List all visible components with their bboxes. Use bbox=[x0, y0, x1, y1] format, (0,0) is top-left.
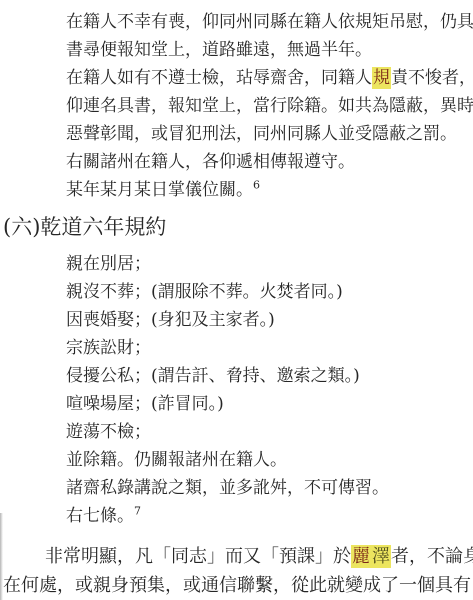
rule-item: 喧噪場屋；(詐冒同。) bbox=[66, 390, 473, 418]
paragraph-text: 在何處，或親身預集，或通信聯繫，從此就變成了一個具有 bbox=[3, 575, 471, 596]
scanned-document-page: 在籍人不幸有喪，仰同州同縣在籍人依規矩吊慰，仍具 書尋便報知堂上，道路雖遠，無過… bbox=[0, 8, 473, 600]
quote-line: 書尋便報知堂上，道路雖遠，無過半年。 bbox=[66, 36, 473, 64]
rule-item: 侵擾公私；(謂告訐、脅持、邀索之類。) bbox=[66, 362, 473, 390]
rule-text: 喧噪場屋；(詐冒同。) bbox=[66, 394, 224, 414]
rule-item: 宗族訟財； bbox=[66, 334, 473, 362]
rule-item: 並除籍。仍關報諸州在籍人。 bbox=[66, 446, 473, 474]
rule-item: 諸齋私錄講說之類，並多訛舛，不可傳習。 bbox=[66, 474, 473, 502]
quote-text: 仰連名具書，報知堂上，當行除籍。如共為隱蔽，異時 bbox=[66, 96, 473, 116]
rule-item: 親在別居； bbox=[66, 250, 473, 278]
quote-line: 右關諸州在籍人，各仰遞相傳報遵守。 bbox=[66, 148, 473, 176]
paragraph-line: 非常明顯，凡「同志」而又「預課」於麗澤者，不論身 bbox=[45, 542, 473, 571]
rule-text: 並除籍。仍關報諸州在籍人。 bbox=[66, 450, 287, 470]
footnote-marker-7: 7 bbox=[134, 504, 141, 517]
rule-item: 遊蕩不檢； bbox=[66, 418, 473, 446]
quote-text: 某年某月某日掌儀位關。 bbox=[66, 180, 253, 200]
rule-text: 因喪婚娶；(身犯及主家者。) bbox=[66, 310, 275, 330]
rule-item: 因喪婚娶；(身犯及主家者。) bbox=[66, 306, 473, 334]
search-highlight-gui: 規 bbox=[372, 67, 391, 89]
section-heading: (六)乾道六年規約 bbox=[3, 212, 473, 242]
rules-list: 親在別居； 親沒不葬；(謂服除不葬。火焚者同。) 因喪婚娶；(身犯及主家者。) … bbox=[66, 250, 473, 530]
rule-text: 侵擾公私；(謂告訐、脅持、邀索之類。) bbox=[66, 366, 360, 386]
rule-item: 親沒不葬；(謂服除不葬。火焚者同。) bbox=[66, 278, 473, 306]
quote-text: 在籍人如有不遵士檢，玷辱齋舍，同籍人 bbox=[66, 68, 372, 88]
quote-line: 某年某月某日掌儀位關。6 bbox=[66, 176, 473, 204]
paragraph-line: 在何處，或親身預集，或通信聯繫，從此就變成了一個具有 bbox=[3, 571, 473, 600]
rule-text: 親沒不葬；(謂服除不葬。火焚者同。) bbox=[66, 282, 343, 302]
quote-line: 在籍人如有不遵士檢，玷辱齋舍，同籍人規責不悛者， bbox=[66, 64, 473, 92]
rule-text: 諸齋私錄講說之類，並多訛舛，不可傳習。 bbox=[66, 478, 389, 498]
search-highlight-li: 麗 bbox=[351, 545, 371, 568]
quote-line: 仰連名具書，報知堂上，當行除籍。如共為隱蔽，異時 bbox=[66, 92, 473, 120]
paragraph-text: 者，不論身 bbox=[391, 546, 473, 567]
rule-item: 右七條。7 bbox=[66, 502, 473, 530]
commentary-paragraph: 非常明顯，凡「同志」而又「預課」於麗澤者，不論身 在何處，或親身預集，或通信聯繫… bbox=[3, 542, 473, 600]
rule-text: 宗族訟財； bbox=[66, 338, 151, 358]
quote-text: 在籍人不幸有喪，仰同州同縣在籍人依規矩吊慰，仍具 bbox=[66, 12, 473, 32]
paragraph-text: 非常明顯，凡「同志」而又「預課」於 bbox=[45, 546, 351, 567]
quote-text: 書尋便報知堂上，道路雖遠，無過半年。 bbox=[66, 40, 372, 60]
footnote-marker-6: 6 bbox=[253, 178, 260, 191]
quote-text: 右關諸州在籍人，各仰遞相傳報遵守。 bbox=[66, 152, 355, 172]
quote-text: 惡聲彰聞，或冒犯刑法，同州同縣人並受隱蔽之罰。 bbox=[66, 124, 457, 144]
quote-text: 責不悛者， bbox=[391, 68, 473, 88]
quote-line: 惡聲彰聞，或冒犯刑法，同州同縣人並受隱蔽之罰。 bbox=[66, 120, 473, 148]
quote-line: 在籍人不幸有喪，仰同州同縣在籍人依規矩吊慰，仍具 bbox=[66, 8, 473, 36]
rule-text: 遊蕩不檢； bbox=[66, 422, 151, 442]
search-highlight-ze: 澤 bbox=[371, 545, 391, 568]
quote-block-regulation: 在籍人不幸有喪，仰同州同縣在籍人依規矩吊慰，仍具 書尋便報知堂上，道路雖遠，無過… bbox=[66, 8, 473, 204]
rule-text: 右七條。 bbox=[66, 506, 134, 526]
rule-text: 親在別居； bbox=[66, 254, 151, 274]
